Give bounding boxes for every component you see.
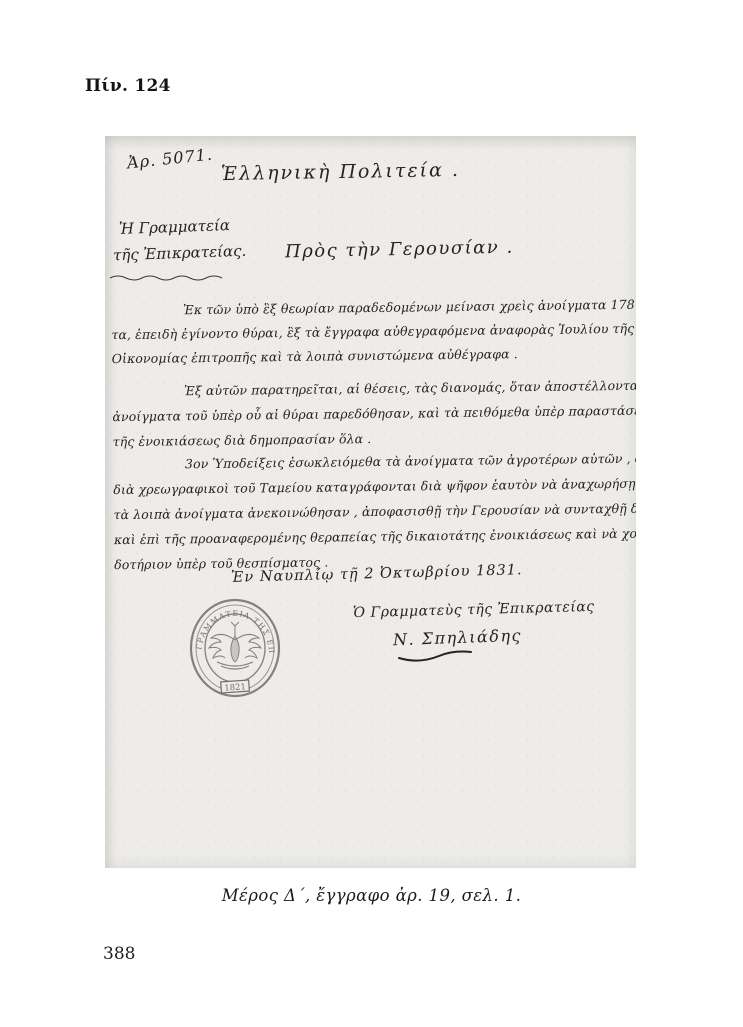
- body-line: 3ον Ὑποδείξεις ἐσωκλειόμεθα τὰ ἀνοίγματα…: [185, 450, 636, 471]
- body-line: Ἐκ τῶν ὑπὸ ἓξ θεωρίαν παραδεδομένων μείν…: [183, 296, 636, 317]
- signature-title: Ὁ Γραμματεὺς τῆς Ἐπικρατείας: [353, 599, 595, 621]
- figure-caption: Μέρος Δ΄, ἔγγραφο ἀρ. 19, σελ. 1.: [0, 886, 743, 905]
- sender-underline: [109, 274, 235, 282]
- signature-flourish: [395, 648, 475, 662]
- plate-label: Πίν. 124: [85, 76, 171, 96]
- document-body: Ἐκ τῶν ὑπὸ ἓξ θεωρίαν παραδεδομένων μείν…: [109, 136, 633, 139]
- seal-year-cartouche: 1821: [221, 680, 250, 694]
- document-scan: Ἀρ. 5071. Ἑλληνικὴ Πολιτεία . Ἡ Γραμματε…: [105, 136, 636, 868]
- book-page: Πίν. 124 Ἀρ. 5071. Ἑλληνικὴ Πολιτεία . Ἡ…: [0, 0, 743, 1027]
- body-line: Οἰκονομίας ἐπιτροπῆς καὶ τὰ λοιπὰ συνιστ…: [112, 346, 518, 366]
- state-seal: ΓΡΑΜΜΑΤΕΙΑ ΤΗΣ ΕΠΙΚΡΑΤΕΙΑΣ 1821: [187, 596, 283, 700]
- body-line: τὰ λοιπὰ ἀνοίγματα ἀνεκοινώθησαν , ἀποφα…: [114, 500, 636, 522]
- seal-year: 1821: [224, 682, 246, 693]
- sender-line-1: Ἡ Γραμματεία: [119, 216, 231, 238]
- body-line: τῆς ἐνοικιάσεως διὰ δημοπρασίαν ὅλα .: [113, 431, 372, 449]
- sender-line-2: τῆς Ἐπικρατείας.: [113, 242, 247, 265]
- body-line: διὰ χρεωγραφικοὶ τοῦ Ταμείου καταγράφοντ…: [113, 475, 636, 497]
- recipient-line: Πρὸς τὴν Γερουσίαν .: [285, 237, 514, 263]
- body-line: καὶ ἐπὶ τῆς προαναφερομένης θεραπείας τῆ…: [114, 525, 636, 547]
- body-line: ἀνοίγματα τοῦ ὑπὲρ οὗ αἱ θύραι παρεδόθησ…: [112, 403, 636, 425]
- body-line: Ἐξ αὐτῶν παρατηρεῖται, αἱ θέσεις, τὰς δι…: [184, 377, 636, 398]
- body-line: τα, ἐπειδὴ ἐγίνοντο θύραι, ἓξ τὰ ἔγγραφα…: [111, 321, 634, 342]
- page-number: 388: [103, 944, 135, 964]
- phoenix-icon: [209, 622, 261, 669]
- signature-name: Ν. Σπηλιάδης: [393, 626, 523, 649]
